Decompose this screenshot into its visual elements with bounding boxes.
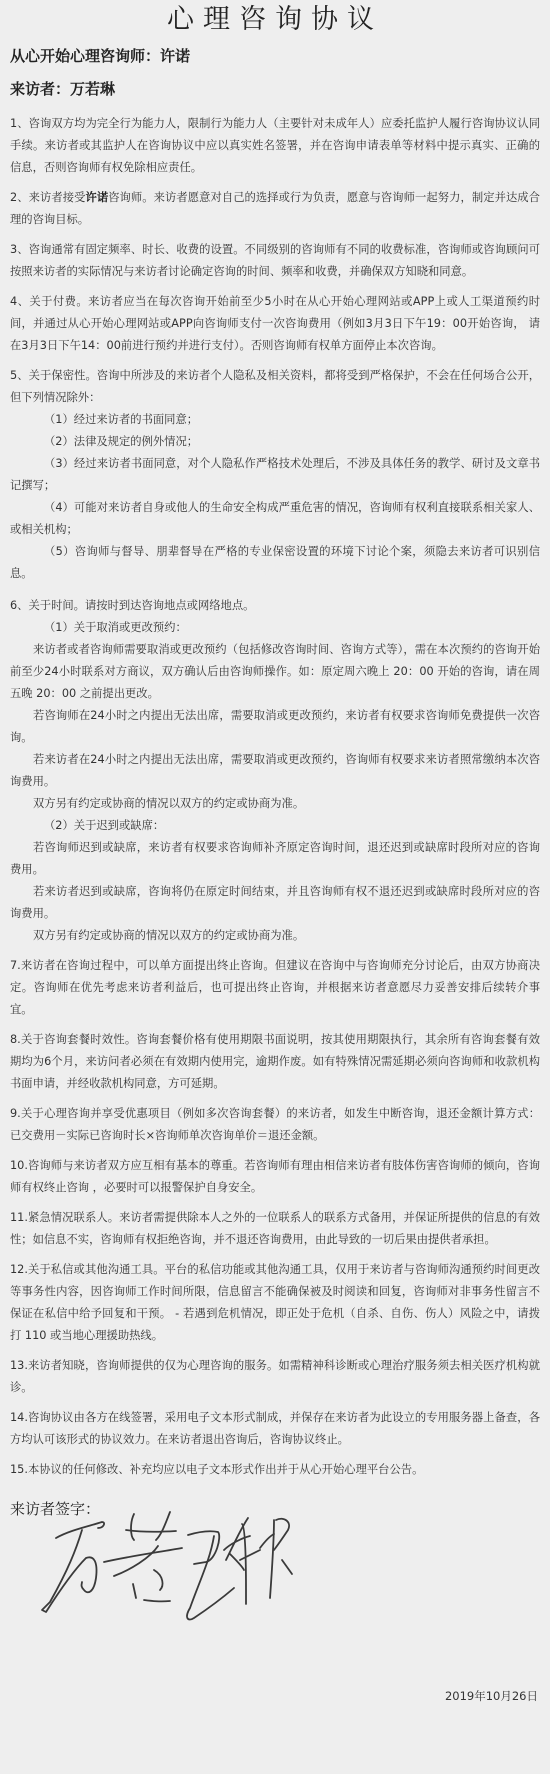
clause-6-sub1-para: 来访者或者咨询师需要取消或更改预约（包括修改咨询时间、咨询方式等），需在本次预约… <box>10 639 540 705</box>
clause-6-sub2-para: 若来访者迟到或缺席，咨询将仍在原定时间结束，并且咨询师有权不退还迟到或缺席时段所… <box>10 881 540 925</box>
clause-5: 5、关于保密性。咨询中所涉及的来访者个人隐私及相关资料，都将受到严格保护，不会在… <box>10 365 540 585</box>
clause-6-intro: 6、关于时间。请按时到达咨询地点或网络地点。 <box>10 595 540 617</box>
clause-2: 2、来访者接受许诺咨询师。来访者愿意对自己的选择或行为负责，愿意与咨询师一起努力… <box>10 187 540 231</box>
clause-5-item: （1）经过来访者的书面同意； <box>10 409 540 431</box>
clause-10: 10.咨询师与来访者双方应互相有基本的尊重。若咨询师有理由相信来访者有肢体伤害咨… <box>10 1155 540 1199</box>
clause-5-item: （5）咨询师与督导、朋辈督导在严格的专业保密设置的环境下讨论个案，须隐去来访者可… <box>10 541 540 585</box>
clause-14: 14.咨询协议由各方在线签署，采用电子文本形式制成，并保存在来访者为此设立的专用… <box>10 1407 540 1451</box>
clause-5-item: （4）可能对来访者自身或他人的生命安全构成严重危害的情况，咨询师有权利直接联系相… <box>10 497 540 541</box>
clause-6-sub2-para: 若咨询师迟到或缺席，来访者有权要求咨询师补齐原定咨询时间，退还迟到或缺席时段所对… <box>10 837 540 881</box>
clause-5-intro: 5、关于保密性。咨询中所涉及的来访者个人隐私及相关资料，都将受到严格保护，不会在… <box>10 365 540 409</box>
clause-6-sub2-para: 双方另有约定或协商的情况以双方的约定或协商为准。 <box>10 925 540 947</box>
agreement-body: 1、咨询双方均为完全行为能力人，限制行为能力人（主要针对未成年人）应委托监护人履… <box>10 113 540 1489</box>
clause-4: 4、关于付费。来访者应当在每次咨询开始前至少5小时在从心开始心理网站或APP上或… <box>10 291 540 357</box>
clause-6-sub2-title: （2）关于迟到或缺席： <box>10 815 540 837</box>
clause-12: 12.关于私信或其他沟通工具。平台的私信功能或其他沟通工具，仅用于来访者与咨询师… <box>10 1259 540 1347</box>
counselor-name-emphasis: 许诺 <box>85 191 108 204</box>
clause-3: 3、咨询通常有固定频率、时长、收费的设置。不同级别的咨询师有不同的收费标准，咨询… <box>10 239 540 283</box>
clause-7: 7.来访者在咨询过程中，可以单方面提出终止咨询。但建议在咨询中与咨询师充分讨论后… <box>10 955 540 1021</box>
clause-9: 9.关于心理咨询并享受优惠项目（例如多次咨询套餐）的来访者，如发生中断咨询，退还… <box>10 1103 540 1147</box>
clause-6-sub1-para: 若来访者在24小时之内提出无法出席，需要取消或更改预约，咨询师有权要求来访者照常… <box>10 749 540 793</box>
handwritten-signature <box>30 1500 300 1640</box>
clause-11: 11.紧急情况联系人。来访者需提供除本人之外的一位联系人的联系方式备用，并保证所… <box>10 1207 540 1251</box>
clause-6-sub1-para: 若咨询师在24小时之内提出无法出席，需要取消或更改预约，来访者有权要求咨询师免费… <box>10 705 540 749</box>
clause-6: 6、关于时间。请按时到达咨询地点或网络地点。 （1）关于取消或更改预约： 来访者… <box>10 595 540 947</box>
signing-date: 2019年10月26日 <box>445 1688 538 1704</box>
clause-2-prefix: 2、来访者接受 <box>10 191 85 204</box>
clause-15: 15.本协议的任何修改、补充均应以电子文本形式作出并于从心开始心理平台公告。 <box>10 1459 540 1481</box>
visitor-line: 来访者：万若琳 <box>10 79 115 99</box>
clause-6-sub1-para: 双方另有约定或协商的情况以双方的约定或协商为准。 <box>10 793 540 815</box>
counselor-line: 从心开始心理咨询师：许诺 <box>10 46 190 66</box>
clause-13: 13.来访者知晓，咨询师提供的仅为心理咨询的服务。如需精神科诊断或心理治疗服务须… <box>10 1355 540 1399</box>
clause-6-sub1-title: （1）关于取消或更改预约： <box>10 617 540 639</box>
clause-5-item: （3）经过来访者书面同意，对个人隐私作严格技术处理后，不涉及具体任务的教学、研讨… <box>10 453 540 497</box>
clause-1: 1、咨询双方均为完全行为能力人，限制行为能力人（主要针对未成年人）应委托监护人履… <box>10 113 540 179</box>
clause-8: 8.关于咨询套餐时效性。咨询套餐价格有使用期限书面说明，按其使用期限执行，其余所… <box>10 1029 540 1095</box>
page-title: 心理咨询协议 <box>0 2 550 38</box>
clause-5-item: （2）法律及规定的例外情况； <box>10 431 540 453</box>
